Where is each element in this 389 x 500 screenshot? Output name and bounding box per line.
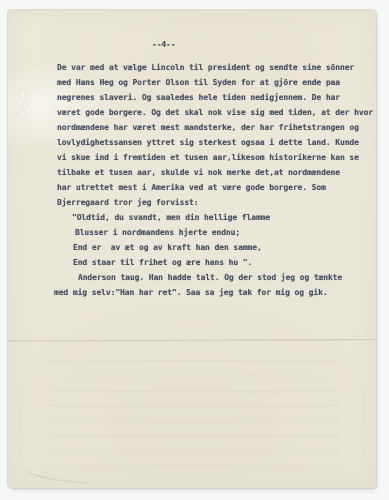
page-number: --4-- [152,40,176,49]
verse-line: "Oldtid, du svandt, men din hellige flam… [57,210,369,225]
paper: --4-- De var med at vælge Lincoln til pr… [8,10,376,488]
text-line: med mig selv:"Han har ret". Saa sa jeg t… [54,285,369,300]
text-line: lovlydighetssansen yttret sig sterkest o… [57,135,369,150]
text-line: negrenes slaveri. Og saaledes hele tiden… [57,90,369,105]
paper-damage-spot [23,102,28,108]
verse-line: End er av æt og av kraft han den samme, [57,240,369,255]
photo-background: --4-- De var med at vælge Lincoln til pr… [0,0,389,500]
verse-line: Blusser i nordmandens hjerte endnu; [57,225,369,240]
text-line: Bjerregaard tror jeg forvisst: [57,195,369,210]
paper-damage-spot [20,90,26,98]
text-line: tilbake et tusen aar, skulde vi nok merk… [57,165,369,180]
ink-bleed-through [48,360,338,480]
text-line: nordmændene har været mest mandsterke, d… [57,120,369,135]
text-line: været gode borgere. Og det skal nok vise… [57,105,369,120]
text-line: Anderson taug. Han hadde talt. Og der st… [57,270,369,285]
paper-damage-spot [19,111,26,117]
document-body: De var med at vælge Lincoln til presiden… [57,60,369,300]
fold-crease [8,338,376,343]
text-line: vi skue ind i fremtiden et tusen aar,lik… [57,150,369,165]
text-line: med Hans Heg og Porter Olson til Syden f… [57,75,369,90]
verse-line: End staar til frihet og ære hans hu ". [57,255,369,270]
text-line: De var med at vælge Lincoln til presiden… [57,60,369,75]
text-line: har utrettet mest i Amerika ved at være … [57,180,369,195]
